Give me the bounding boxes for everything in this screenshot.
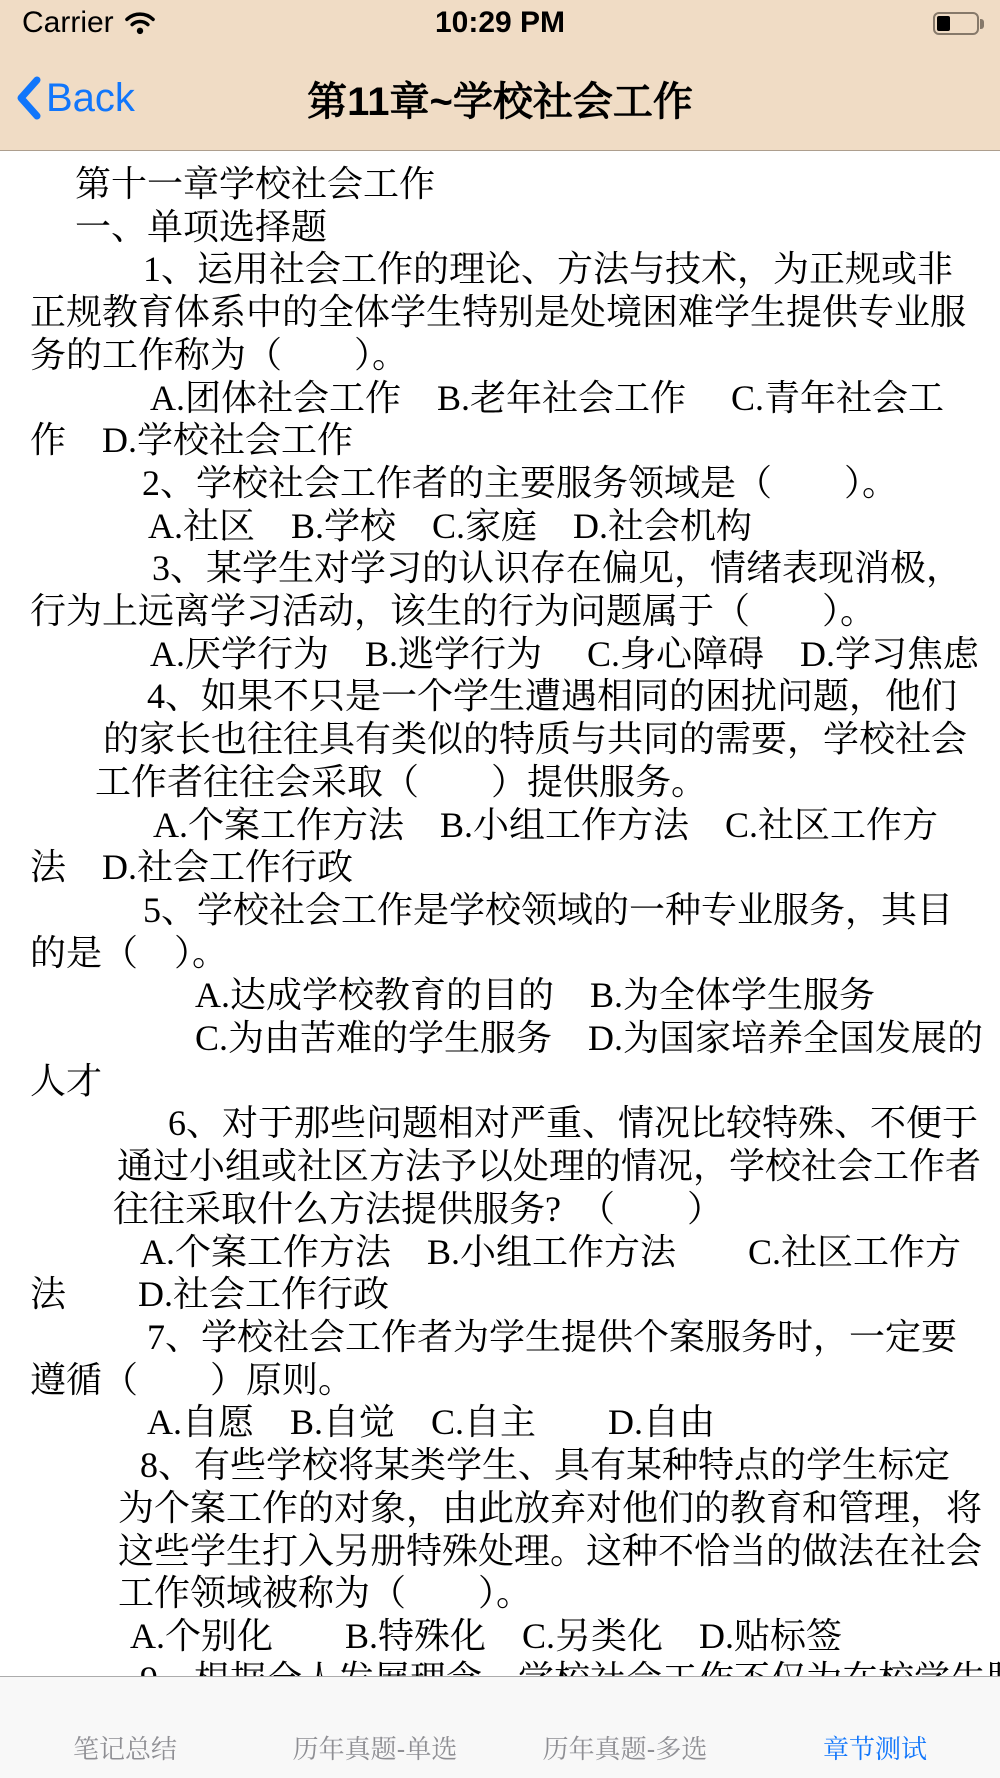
text-line: 6、对于那些问题相对严重、情况比较特殊、不便于 bbox=[168, 1102, 972, 1145]
battery-fill bbox=[937, 16, 950, 31]
text-line: 行为上远离学习活动，该生的行为问题属于（ ）。 bbox=[30, 590, 972, 633]
top-chrome: Carrier 10:29 PM Back 第11章~学校社会工作 bbox=[0, 0, 1000, 151]
text-line: C.为由苦难的学生服务 D.为国家培养全国发展的 bbox=[195, 1017, 972, 1060]
text-line: 的是（ ）。 bbox=[30, 932, 972, 975]
status-time: 10:29 PM bbox=[0, 6, 1000, 40]
text-line: 工作者往往会采取（ ）提供服务。 bbox=[95, 761, 972, 804]
page-title: 第11章~学校社会工作 bbox=[307, 70, 693, 127]
text-line: A.个案工作方法 B.小组工作方法 C.社区工作方 bbox=[140, 1231, 972, 1274]
text-line: 正规教育体系中的全体学生特别是处境困难学生提供专业服 bbox=[30, 291, 972, 334]
tab-历年真题-单选[interactable]: 历年真题-单选 bbox=[250, 1677, 500, 1778]
text-line: 第十一章学校社会工作 bbox=[75, 163, 972, 206]
text-line: 务的工作称为（ ）。 bbox=[30, 334, 972, 377]
question-scroll-area[interactable]: 第十一章学校社会工作一、单项选择题1、运用社会工作的理论、方法与技术，为正规或非… bbox=[0, 151, 1000, 1676]
text-line: 这些学生打入另册特殊处理。这种不恰当的做法在社会 bbox=[118, 1530, 972, 1573]
text-line: A.社区 B.学校 C.家庭 D.社会机构 bbox=[148, 505, 972, 548]
text-line: 往往采取什么方法提供服务? （ ） bbox=[113, 1188, 972, 1231]
text-line: 工作领域被称为（ ）。 bbox=[118, 1572, 972, 1615]
text-line: 的家长也往往具有类似的特质与共同的需要，学校社会 bbox=[103, 718, 972, 761]
tab-bar: 笔记总结历年真题-单选历年真题-多选章节测试 bbox=[0, 1676, 1000, 1778]
text-line: 5、学校社会工作是学校领域的一种专业服务，其目 bbox=[143, 889, 972, 932]
text-line: 遵循（ ）原则。 bbox=[30, 1359, 972, 1402]
text-line: 为个案工作的对象，由此放弃对他们的教育和管理，将 bbox=[118, 1487, 972, 1530]
text-line: 1、运用社会工作的理论、方法与技术，为正规或非 bbox=[143, 248, 972, 291]
text-line: 8、有些学校将某类学生、具有某种特点的学生标定 bbox=[140, 1444, 972, 1487]
text-line: A.个案工作方法 B.小组工作方法 C.社区工作方 bbox=[153, 804, 972, 847]
text-line: 法 D.社会工作行政 bbox=[30, 1273, 972, 1316]
text-line: 4、如果不只是一个学生遭遇相同的困扰问题，他们 bbox=[147, 675, 972, 718]
tab-历年真题-多选[interactable]: 历年真题-多选 bbox=[500, 1677, 750, 1778]
tab-笔记总结[interactable]: 笔记总结 bbox=[0, 1677, 250, 1778]
battery-icon bbox=[933, 12, 985, 35]
text-line: 通过小组或社区方法予以处理的情况，学校社会工作者 bbox=[117, 1145, 972, 1188]
nav-bar: Back 第11章~学校社会工作 bbox=[0, 46, 1000, 150]
status-bar: Carrier 10:29 PM bbox=[0, 0, 1000, 46]
text-line: A.达成学校教育的目的 B.为全体学生服务 bbox=[195, 974, 972, 1017]
text-line: 作 D.学校社会工作 bbox=[30, 419, 972, 462]
text-line: 2、学校社会工作者的主要服务领域是（ ）。 bbox=[142, 462, 972, 505]
text-line: 法 D.社会工作行政 bbox=[30, 846, 972, 889]
text-line: 人才 bbox=[30, 1060, 972, 1103]
text-line: A.厌学行为 B.逃学行为 C.身心障碍 D.学习焦虑 bbox=[150, 633, 972, 676]
text-line: 7、学校社会工作者为学生提供个案服务时，一定要 bbox=[147, 1316, 972, 1359]
text-line: 9、根据全人发展理念，学校社会工作不仅为在校学生服 bbox=[140, 1658, 972, 1676]
chevron-left-icon bbox=[14, 75, 42, 121]
tab-章节测试[interactable]: 章节测试 bbox=[750, 1677, 1000, 1778]
text-line: 一、单项选择题 bbox=[75, 206, 972, 249]
text-line: 3、某学生对学习的认识存在偏见，情绪表现消极， bbox=[152, 547, 972, 590]
text-line: A.自愿 B.自觉 C.自主 D.自由 bbox=[147, 1401, 972, 1444]
text-line: A.团体社会工作 B.老年社会工作 C.青年社会工 bbox=[150, 377, 972, 420]
battery-nub bbox=[980, 19, 984, 29]
text-line: A.个别化 B.特殊化 C.另类化 D.贴标签 bbox=[130, 1615, 972, 1658]
back-button[interactable]: Back bbox=[14, 46, 135, 150]
back-label: Back bbox=[46, 76, 135, 121]
